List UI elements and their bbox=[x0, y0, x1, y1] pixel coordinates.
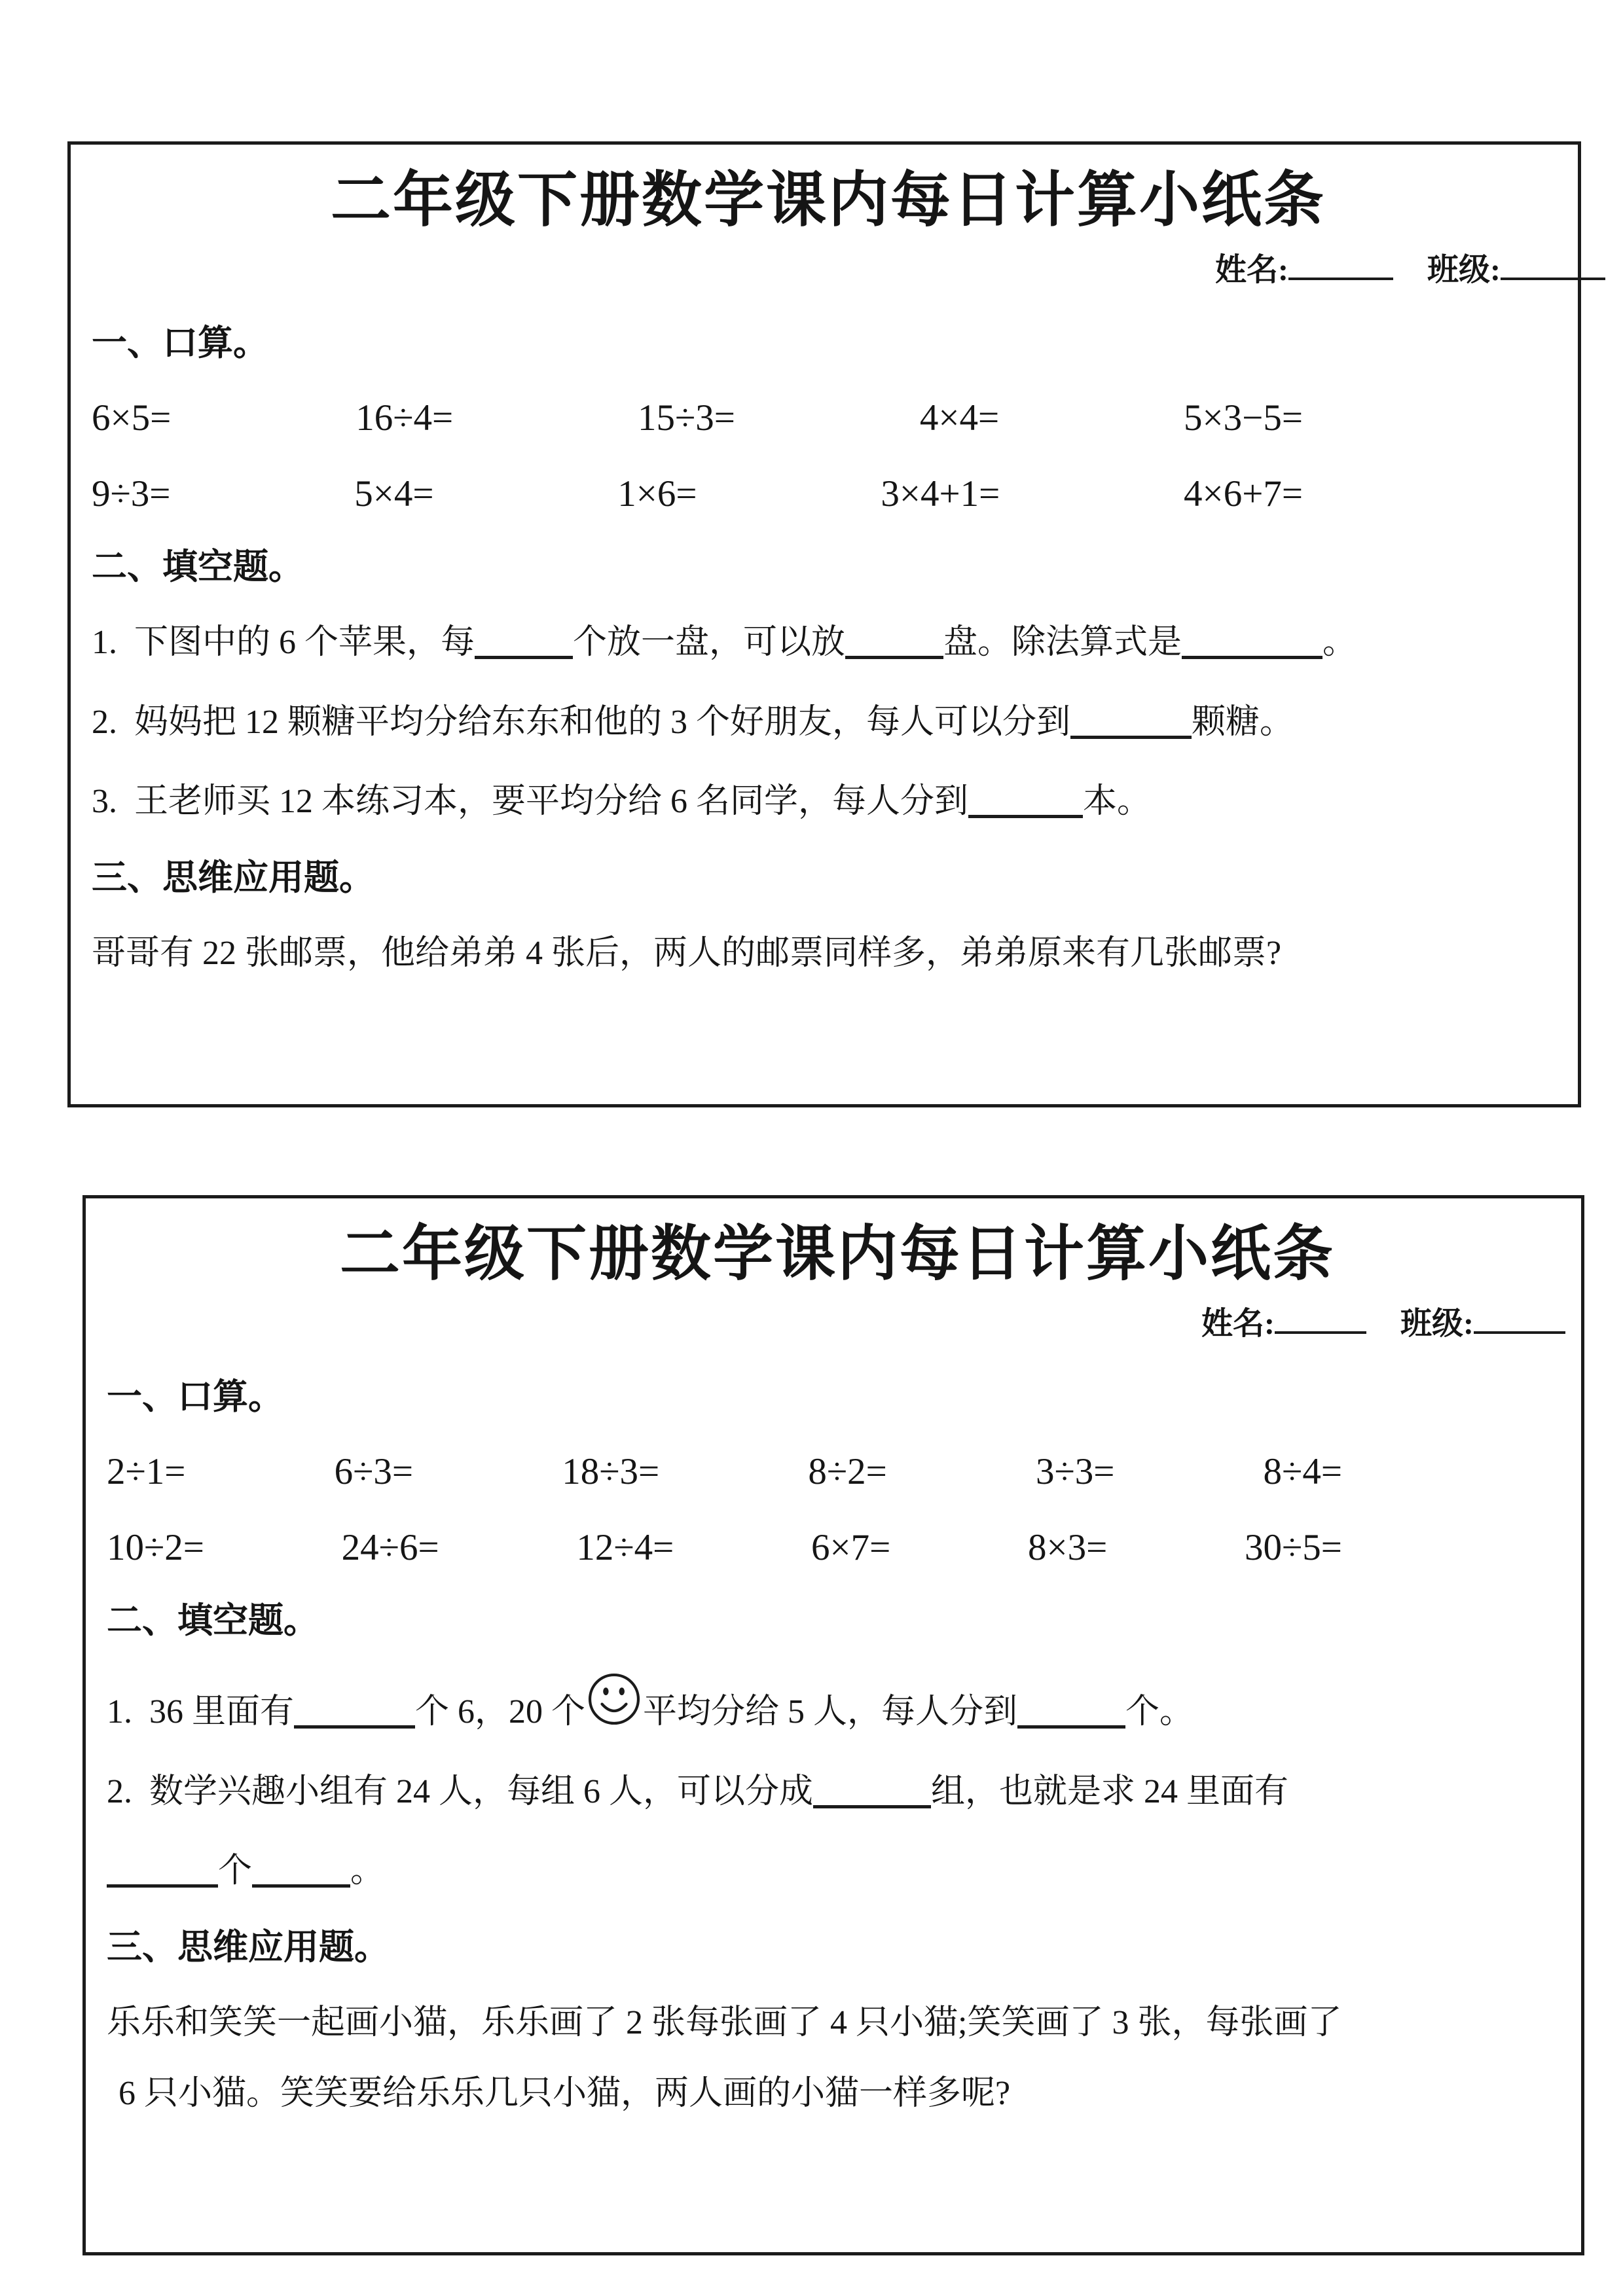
item-number: 2. bbox=[107, 1773, 132, 1810]
name-label: 姓名: bbox=[1201, 1304, 1275, 1344]
thinking-problem-line: 乐乐和笑笑一起画小猫，乐乐画了 2 张每张画了 4 只小猫;笑笑画了 3 张，每… bbox=[107, 1998, 1568, 2047]
text-run: 个放一盘，可以放 bbox=[573, 624, 845, 661]
text-run: 个 bbox=[218, 1852, 252, 1890]
worksheet-title: 二年级下册数学课内每日计算小纸条 bbox=[92, 163, 1565, 238]
text-run: 数学兴趣小组有 24 人，每组 6 人，可以分成 bbox=[149, 1773, 813, 1810]
oral-problem: 3÷3= bbox=[1036, 1450, 1114, 1494]
worksheet-title: 二年级下册数学课内每日计算小纸条 bbox=[107, 1217, 1568, 1292]
text-run: 颗糖。 bbox=[1192, 704, 1294, 741]
fill-items: 1.36 里面有个 6，20 个平均分给 5 人，每人分到个。2.数学兴趣小组有… bbox=[107, 1672, 1568, 1895]
fill-blank[interactable] bbox=[252, 1852, 350, 1888]
oral-problem: 4×4= bbox=[920, 396, 999, 440]
oral-problem: 9÷3= bbox=[92, 472, 170, 516]
oral-row: 2÷1=6÷3=18÷3=8÷2=3÷3=8÷4= bbox=[107, 1450, 1568, 1494]
fill-item: 2.妈妈把 12 颗糖平均分给东东和他的 3 个好朋友，每人可以分到颗糖。 bbox=[92, 698, 1565, 747]
oral-problems: 6×5=16÷4=15÷3=4×4=5×3−5=9÷3=5×4=1×6=3×4+… bbox=[92, 396, 1565, 517]
oral-problem: 12÷4= bbox=[576, 1526, 674, 1570]
fill-section-heading: 二、填空题。 bbox=[92, 546, 1565, 588]
fill-item: 1.下图中的 6 个苹果，每个放一盘，可以放盘。除法算式是。 bbox=[92, 618, 1565, 667]
oral-problem: 18÷3= bbox=[562, 1450, 659, 1494]
oral-row: 9÷3=5×4=1×6=3×4+1=4×6+7= bbox=[92, 472, 1565, 516]
worksheet-card: 二年级下册数学课内每日计算小纸条 姓名: 班级: 一、口算。 2÷1=6÷3=1… bbox=[82, 1195, 1584, 2255]
oral-problem: 6×7= bbox=[811, 1526, 890, 1570]
oral-problem: 5×3−5= bbox=[1184, 396, 1303, 440]
class-label: 班级: bbox=[1427, 250, 1501, 291]
oral-row: 10÷2=24÷6=12÷4=6×7=8×3=30÷5= bbox=[107, 1526, 1568, 1570]
fill-line: 个。 bbox=[107, 1846, 1568, 1895]
oral-problem: 16÷4= bbox=[356, 396, 453, 440]
text-run: 个。 bbox=[1125, 1693, 1194, 1731]
thinking-section-heading: 三、思维应用题。 bbox=[107, 1926, 1568, 1969]
fill-blank[interactable] bbox=[845, 624, 943, 659]
item-number: 2. bbox=[92, 704, 117, 741]
fill-line: 3.王老师买 12 本练习本，要平均分给 6 名同学，每人分到本。 bbox=[92, 777, 1565, 826]
fill-line: 1.36 里面有个 6，20 个平均分给 5 人，每人分到个。 bbox=[107, 1672, 1568, 1736]
text-run: 。 bbox=[1322, 624, 1357, 661]
oral-problem: 2÷1= bbox=[107, 1450, 185, 1494]
fill-blank[interactable] bbox=[813, 1772, 931, 1808]
fill-items: 1.下图中的 6 个苹果，每个放一盘，可以放盘。除法算式是。2.妈妈把 12 颗… bbox=[92, 618, 1565, 826]
name-class-row: 姓名: 班级: bbox=[92, 247, 1605, 291]
item-number: 1. bbox=[92, 624, 117, 661]
text-run: 盘。除法算式是 bbox=[943, 624, 1182, 661]
class-blank[interactable] bbox=[1501, 247, 1605, 280]
text-run: 组，也就是求 24 里面有 bbox=[931, 1773, 1288, 1810]
oral-problem: 8×3= bbox=[1028, 1526, 1107, 1570]
thinking-problem-line: 6 只小猫。笑笑要给乐乐几只小猫，两人画的小猫一样多呢? bbox=[107, 2069, 1568, 2118]
oral-problem: 24÷6= bbox=[342, 1526, 439, 1570]
smiley-face-icon bbox=[587, 1672, 642, 1727]
fill-item: 1.36 里面有个 6，20 个平均分给 5 人，每人分到个。 bbox=[107, 1672, 1568, 1736]
fill-blank[interactable] bbox=[1070, 703, 1192, 738]
oral-problem: 1×6= bbox=[617, 472, 697, 516]
oral-problems: 2÷1=6÷3=18÷3=8÷2=3÷3=8÷4=10÷2=24÷6=12÷4=… bbox=[107, 1450, 1568, 1571]
page: 二年级下册数学课内每日计算小纸条 姓名: 班级: 一、口算。 6×5=16÷4=… bbox=[0, 0, 1623, 2296]
fill-blank[interactable] bbox=[1017, 1693, 1125, 1729]
oral-problem: 4×6+7= bbox=[1184, 472, 1303, 516]
item-number: 1. bbox=[107, 1693, 132, 1731]
text-run: 个 6，20 个 bbox=[415, 1693, 585, 1731]
fill-line: 1.下图中的 6 个苹果，每个放一盘，可以放盘。除法算式是。 bbox=[92, 618, 1565, 667]
fill-section-heading: 二、填空题。 bbox=[107, 1600, 1568, 1642]
oral-problem: 8÷4= bbox=[1264, 1450, 1342, 1494]
fill-blank[interactable] bbox=[475, 624, 573, 659]
oral-row: 6×5=16÷4=15÷3=4×4=5×3−5= bbox=[92, 396, 1565, 440]
class-label: 班级: bbox=[1400, 1304, 1474, 1344]
name-class-row: 姓名: 班级: bbox=[107, 1301, 1565, 1344]
fill-line: 2.妈妈把 12 颗糖平均分给东东和他的 3 个好朋友，每人可以分到颗糖。 bbox=[92, 698, 1565, 747]
oral-problem: 15÷3= bbox=[638, 396, 735, 440]
fill-blank[interactable] bbox=[968, 783, 1083, 818]
fill-blank[interactable] bbox=[1182, 624, 1322, 659]
text-run: 平均分给 5 人，每人分到 bbox=[643, 1693, 1017, 1731]
thinking-section-heading: 三、思维应用题。 bbox=[92, 857, 1565, 899]
text-run: 本。 bbox=[1083, 783, 1151, 820]
fill-blank[interactable] bbox=[107, 1852, 218, 1888]
text-run: 妈妈把 12 颗糖平均分给东东和他的 3 个好朋友，每人可以分到 bbox=[134, 704, 1070, 741]
thinking-problem: 哥哥有 22 张邮票，他给弟弟 4 张后，两人的邮票同样多，弟弟原来有几张邮票? bbox=[92, 929, 1565, 978]
thinking-problem-line: 哥哥有 22 张邮票，他给弟弟 4 张后，两人的邮票同样多，弟弟原来有几张邮票? bbox=[92, 929, 1565, 978]
oral-section-heading: 一、口算。 bbox=[92, 322, 1565, 365]
oral-problem: 30÷5= bbox=[1245, 1526, 1342, 1570]
fill-item: 3.王老师买 12 本练习本，要平均分给 6 名同学，每人分到本。 bbox=[92, 777, 1565, 826]
fill-item: 2.数学兴趣小组有 24 人，每组 6 人，可以分成组，也就是求 24 里面有个… bbox=[107, 1767, 1568, 1896]
oral-problem: 10÷2= bbox=[107, 1526, 204, 1570]
oral-problem: 6÷3= bbox=[335, 1450, 413, 1494]
name-label: 姓名: bbox=[1215, 250, 1288, 291]
oral-problem: 6×5= bbox=[92, 396, 171, 440]
oral-problem: 3×4+1= bbox=[881, 472, 1000, 516]
fill-blank[interactable] bbox=[294, 1693, 415, 1729]
class-blank[interactable] bbox=[1474, 1301, 1565, 1334]
worksheet-card: 二年级下册数学课内每日计算小纸条 姓名: 班级: 一、口算。 6×5=16÷4=… bbox=[67, 141, 1581, 1107]
oral-problem: 8÷2= bbox=[808, 1450, 886, 1494]
fill-line: 2.数学兴趣小组有 24 人，每组 6 人，可以分成组，也就是求 24 里面有 bbox=[107, 1767, 1568, 1816]
text-run: 36 里面有 bbox=[149, 1693, 294, 1731]
name-blank[interactable] bbox=[1288, 247, 1393, 280]
text-run: 下图中的 6 个苹果，每 bbox=[134, 624, 475, 661]
text-run: 王老师买 12 本练习本，要平均分给 6 名同学，每人分到 bbox=[134, 783, 968, 820]
item-number: 3. bbox=[92, 783, 117, 820]
thinking-problem: 乐乐和笑笑一起画小猫，乐乐画了 2 张每张画了 4 只小猫;笑笑画了 3 张，每… bbox=[107, 1998, 1568, 2118]
text-run: 。 bbox=[350, 1852, 384, 1890]
oral-section-heading: 一、口算。 bbox=[107, 1376, 1568, 1418]
oral-problem: 5×4= bbox=[354, 472, 433, 516]
name-blank[interactable] bbox=[1275, 1301, 1366, 1334]
